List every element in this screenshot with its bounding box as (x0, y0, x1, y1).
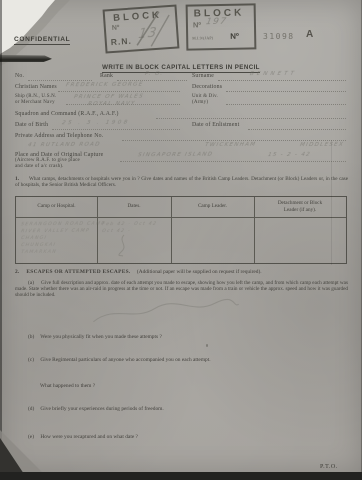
question2c: (c) Give Regimental particulars of anyon… (28, 357, 211, 363)
unit-div-field-line (226, 97, 346, 105)
instruction-banner: WRITE IN BLOCK CAPITAL LETTERS IN PENCIL (0, 64, 362, 71)
question2a-text: Give full description and approx. date o… (15, 280, 348, 298)
unit-div-label-line2: (Army) (192, 100, 208, 105)
table-header-camp: Camp or Hospital. (16, 203, 97, 209)
table-camp-entry: SERANGOON ROAD CAMP (20, 222, 105, 228)
table-camp-entry: TAMARKAN (20, 250, 57, 255)
question2d: (d) Give briefly your experiences during… (28, 406, 164, 412)
surname-handwritten-value: BENNETT (249, 71, 297, 77)
bottom-backdrop-strip (0, 472, 362, 480)
page-left-edge-shadow (0, 0, 2, 473)
ship-label-line2: or Merchant Navy (15, 100, 55, 105)
capture-date-handwritten-value: 15 - 2 - 42 (267, 152, 311, 158)
capture-place-handwritten-value: SINGAPORE ISLAND (137, 152, 213, 159)
table-header-separator (16, 217, 346, 218)
confidential-label: CONFIDENTIAL (14, 36, 70, 45)
question2e: (e) How were you recaptured and on what … (28, 434, 138, 440)
question2c-followup: What happened to them ? (40, 383, 95, 389)
camps-table: Camp or Hospital. Dates. Camp Leader. De… (15, 196, 347, 264)
scanned-form-page: CONFIDENTIAL BLOCK Nº R.N. 13 BLOCK Nº 1… (0, 0, 362, 473)
address-handwritten-part2: TWICKENHAM (204, 142, 256, 148)
unit-div-label-line1: Unit & Div. (192, 94, 218, 99)
question2-note: (Additional paper will be supplied on re… (137, 269, 262, 275)
question2e-text: How were you recaptured and on what date… (40, 434, 138, 440)
decorations-field-line (226, 84, 346, 92)
question2b-text: Were you physically fit when you made th… (40, 334, 162, 340)
capture-label-line3: and date of a/c crash). (15, 164, 64, 169)
question2e-prefix: (e) (28, 434, 39, 440)
block-number-stamp-right: BLOCK Nº 197 M.I.9/(JAP) Nº (186, 3, 257, 50)
ship-handwritten-value2: ROYAL NAVY (87, 101, 136, 107)
question2b-prefix: (b) (28, 334, 39, 340)
table-header-dates: Dates. (97, 203, 171, 209)
table-camp-entry: CHANGI (20, 236, 47, 241)
table-camp-entry: CHUNGKAI (20, 243, 56, 248)
instruction-text: WRITE IN BLOCK CAPITAL LETTERS IN PENCIL (102, 64, 260, 73)
date-of-birth-handwritten-value: 25 . 3 . 1908 (61, 120, 130, 127)
surname-label: Surname (192, 73, 214, 79)
serial-number: 31098 (263, 32, 295, 41)
date-of-enlistment-label: Date of Enlistment (192, 122, 239, 128)
address-handwritten-part1: 41 RUTLAND ROAD (27, 142, 101, 149)
question2-title: ESCAPES OR ATTEMPTED ESCAPES. (26, 269, 130, 275)
question2-heading: 2. ESCAPES OR ATTEMPTED ESCAPES. (Additi… (15, 269, 262, 275)
private-address-field-line (122, 133, 346, 141)
ship-handwritten-value1: PRINCE OF WALES (73, 94, 144, 101)
no-field-line (28, 73, 92, 81)
stamp-right-no-label: Nº (193, 20, 201, 29)
table-dates-entry: Feb 42 - Oct 42 (101, 222, 157, 227)
question2d-prefix: (d) (28, 406, 39, 412)
squadron-label: Squadron and Command (R.A.F., A.A.F.) (15, 111, 119, 117)
question2-number: 2. (15, 269, 19, 275)
handwritten-answer-scrawl (84, 296, 245, 328)
address-handwritten-part3: MIDDLESEX (299, 142, 344, 148)
pto-label: P.T.O. (320, 464, 338, 470)
ship-label-line1: Ship (R.N., U.S.N. (15, 94, 56, 99)
date-of-birth-label: Date of Birth (15, 122, 48, 128)
block-number-stamp-left: BLOCK Nº R.N. 13 (103, 4, 180, 53)
pencil-object (0, 55, 52, 62)
christian-names-handwritten-value: FREDERICK GEORGE (65, 82, 144, 89)
private-address-label: Private Address and Telephone No. (15, 133, 103, 139)
rank-handwritten-value: P. O. (144, 71, 164, 77)
question2c-prefix: (c) (28, 357, 39, 363)
table-header-detachment-line2: Leader (if any). (254, 207, 346, 213)
stamp-right-handwritten-number: 197 (205, 17, 228, 28)
table-camp-entry: RIVER VALLEY CAMP (20, 229, 90, 235)
stamp-left-pencil-strokes (105, 7, 178, 52)
table-header-detachment-line1: Detachment or Block (254, 200, 346, 206)
serial-no-label: Nº (230, 32, 239, 41)
date-of-enlistment-field-line (248, 122, 346, 130)
no-label: No. (15, 73, 24, 79)
table-header-leader: Camp Leader. (171, 203, 254, 209)
form-reference-label: M.I.9/(JAP) (192, 36, 213, 40)
question2b: (b) Were you physically fit when you mad… (28, 334, 162, 340)
question1-text: What camps, detachments or hospitals wer… (15, 176, 348, 188)
question2c-text: Give Regimental particulars of anyone wh… (40, 357, 210, 363)
question2d-text: Give briefly your experiences during per… (40, 406, 163, 412)
paper-crease (331, 140, 332, 265)
squadron-field-line (156, 111, 346, 119)
small-ink-mark (206, 344, 208, 347)
christian-names-label: Christian Names (15, 84, 57, 90)
serial-suffix: A (306, 29, 313, 40)
capture-label-line2: (Aircrew R.A.F. to give place (15, 158, 80, 163)
rank-label: Rank (100, 73, 113, 79)
table-dates-squiggle (114, 233, 134, 257)
decorations-label: Decorations (192, 84, 222, 90)
